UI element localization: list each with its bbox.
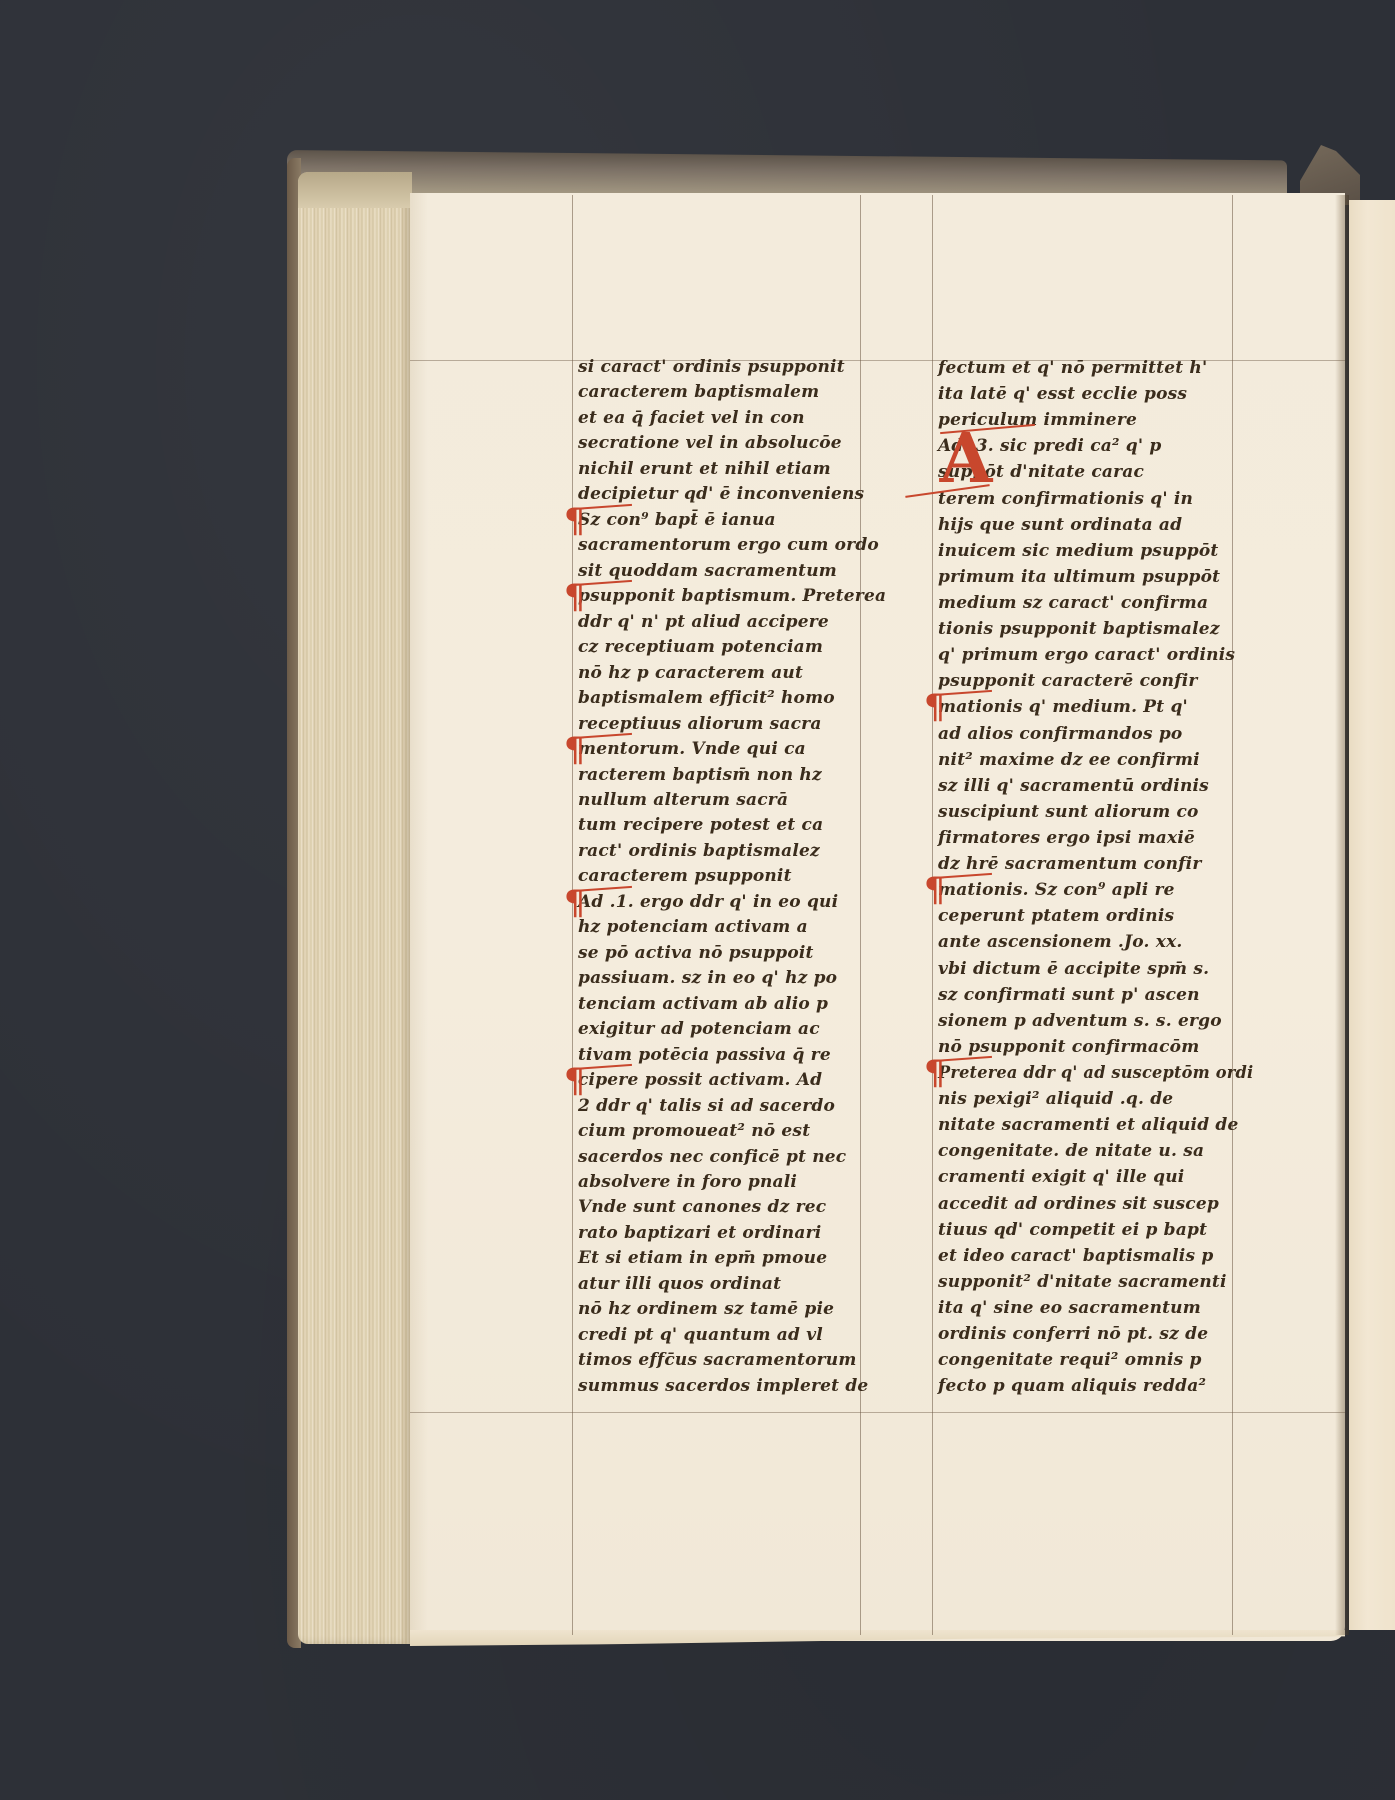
manuscript-line: inuicem sic medium psuppōt bbox=[938, 538, 1253, 564]
manuscript-line: atur illi quos ordinat bbox=[578, 1272, 888, 1297]
page-block-top bbox=[298, 172, 412, 208]
manuscript-line: cramenti exigit q' ille qui bbox=[938, 1164, 1253, 1190]
manuscript-line: sacramentorum ergo cum ordo bbox=[578, 533, 888, 558]
gutter-shadow bbox=[1335, 195, 1349, 1635]
manuscript-line: tum recipere potest et ca bbox=[578, 813, 888, 838]
rubricated-initial-a: A bbox=[937, 428, 995, 490]
manuscript-line: se pō activa nō psuppoit bbox=[578, 941, 888, 966]
manuscript-line: racterem baptism̄ non hz bbox=[578, 763, 888, 788]
manuscript-line: nō hz p caracterem aut bbox=[578, 661, 888, 686]
manuscript-line: psupponit baptismum. Preterea bbox=[578, 584, 888, 609]
manuscript-line: Vnde sunt canones dz rec bbox=[578, 1195, 888, 1220]
page-block-fore-edge bbox=[298, 172, 412, 1644]
manuscript-line: nichil erunt et nihil etiam bbox=[578, 457, 888, 482]
manuscript-line: tionis psupponit baptismalez bbox=[938, 616, 1253, 642]
manuscript-line: ddr q' n' pt aliud accipere bbox=[578, 610, 888, 635]
manuscript-line: congenitate. de nitate u. sa bbox=[938, 1138, 1253, 1164]
text-column-right: fectum et q' nō permittet h'ita latē q' … bbox=[938, 355, 1253, 1399]
manuscript-line: suscipiunt sunt aliorum co bbox=[938, 799, 1253, 825]
manuscript-line: cipere possit activam. Ad bbox=[578, 1068, 888, 1093]
manuscript-line: 2 ddr q' talis si ad sacerdo bbox=[578, 1094, 888, 1119]
manuscript-line: sz illi q' sacramentū ordinis bbox=[938, 773, 1253, 799]
facing-page-edge bbox=[1349, 200, 1395, 1630]
manuscript-line: fectum et q' nō permittet h' bbox=[938, 355, 1253, 381]
manuscript-line: nit² maxime dz ee confirmi bbox=[938, 747, 1253, 773]
manuscript-line: si caract' ordinis psupponit bbox=[578, 355, 888, 380]
manuscript-line: nō hz ordinem sz tamē pie bbox=[578, 1297, 888, 1322]
manuscript-line: hijs que sunt ordinata ad bbox=[938, 512, 1253, 538]
manuscript-line: ordinis conferri nō pt. sz de bbox=[938, 1321, 1253, 1347]
manuscript-line: absolvere in foro pnali bbox=[578, 1170, 888, 1195]
manuscript-line: medium sz caract' confirma bbox=[938, 590, 1253, 616]
manuscript-line: sz confirmati sunt p' ascen bbox=[938, 982, 1253, 1008]
manuscript-line: vbi dictum ē accipite spm̄ s. bbox=[938, 956, 1253, 982]
manuscript-line: mentorum. Vnde qui ca bbox=[578, 737, 888, 762]
manuscript-line: nullum alterum sacrā bbox=[578, 788, 888, 813]
manuscript-line: primum ita ultimum psuppōt bbox=[938, 564, 1253, 590]
manuscript-line: sacerdos nec conficē pt nec bbox=[578, 1145, 888, 1170]
manuscript-line: nis pexigi² aliquid .q. de bbox=[938, 1086, 1253, 1112]
manuscript-line: ract' ordinis baptismalez bbox=[578, 839, 888, 864]
manuscript-line: summus sacerdos impleret de bbox=[578, 1374, 888, 1399]
manuscript-line: cz receptiuam potenciam bbox=[578, 635, 888, 660]
manuscript-line: cium promoueat² nō est bbox=[578, 1119, 888, 1144]
manuscript-line: credi pt q' quantum ad vl bbox=[578, 1323, 888, 1348]
manuscript-line: sionem p adventum s. s. ergo bbox=[938, 1008, 1253, 1034]
manuscript-line: baptismalem efficit² homo bbox=[578, 686, 888, 711]
manuscript-line: ita q' sine eo sacramentum bbox=[938, 1295, 1253, 1321]
manuscript-line: mationis. Sz con⁹ apli re bbox=[938, 877, 1253, 903]
ruling-right-inner bbox=[932, 195, 933, 1635]
manuscript-line: nitate sacramenti et aliquid de bbox=[938, 1112, 1253, 1138]
manuscript-line: ad alios confirmandos po bbox=[938, 721, 1253, 747]
manuscript-line: passiuam. sz in eo q' hz po bbox=[578, 966, 888, 991]
text-column-left: si caract' ordinis psupponitcaracterem b… bbox=[578, 355, 888, 1399]
manuscript-line: firmatores ergo ipsi maxiē bbox=[938, 825, 1253, 851]
manuscript-line: rato baptizari et ordinari bbox=[578, 1221, 888, 1246]
manuscript-line: caracterem baptismalem bbox=[578, 380, 888, 405]
manuscript-line: accedit ad ordines sit suscep bbox=[938, 1191, 1253, 1217]
manuscript-line: hz potenciam activam a bbox=[578, 915, 888, 940]
manuscript-line: ita latē q' esst ecclie poss bbox=[938, 381, 1253, 407]
manuscript-line: fecto p quam aliquis redda² bbox=[938, 1373, 1253, 1399]
manuscript-line: Preterea ddr q' ad susceptōm ordi bbox=[938, 1060, 1238, 1086]
manuscript-line: tenciam activam ab alio p bbox=[578, 992, 888, 1017]
manuscript-line: mationis q' medium. Pt q' bbox=[938, 694, 1253, 720]
manuscript-line: supponit² d'nitate sacramenti bbox=[938, 1269, 1253, 1295]
manuscript-line: congenitate requi² omnis p bbox=[938, 1347, 1253, 1373]
manuscript-line: ceperunt ptatem ordinis bbox=[938, 903, 1253, 929]
manuscript-line: tiuus qd' competit ei p bapt bbox=[938, 1217, 1253, 1243]
manuscript-line: et ea q̄ faciet vel in con bbox=[578, 406, 888, 431]
manuscript-line: Sz con⁹ bapt̄ ē ianua bbox=[578, 508, 888, 533]
ruling-bottom bbox=[410, 1412, 1345, 1413]
manuscript-line: ante ascensionem .Jo. xx. bbox=[938, 929, 1253, 955]
manuscript-line: secratione vel in absolucōe bbox=[578, 431, 888, 456]
manuscript-line: Ad .1. ergo ddr q' in eo qui bbox=[578, 890, 888, 915]
manuscript-line: timos effc̄us sacramentorum bbox=[578, 1348, 888, 1373]
manuscript-line: Et si etiam in epm̄ pmoue bbox=[578, 1246, 888, 1271]
manuscript-line: q' primum ergo caract' ordinis bbox=[938, 642, 1253, 668]
manuscript-line: exigitur ad potenciam ac bbox=[578, 1017, 888, 1042]
manuscript-line: et ideo caract' baptismalis p bbox=[938, 1243, 1253, 1269]
